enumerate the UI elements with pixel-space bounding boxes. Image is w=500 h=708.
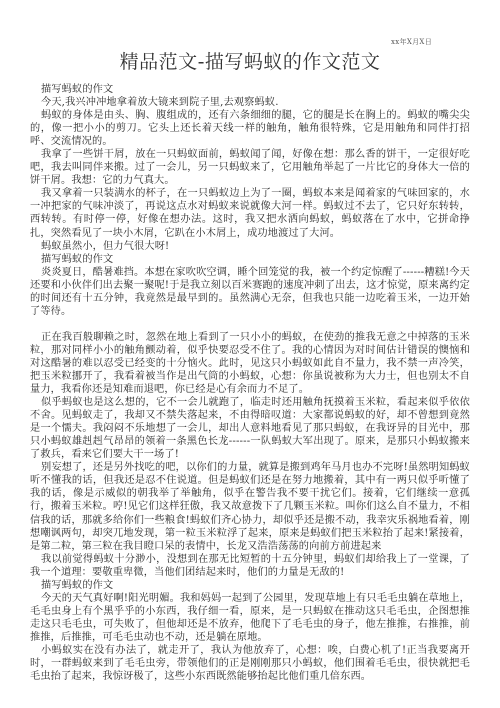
paragraph: 今天的天气真好啊!阳光明媚。我和妈妈一起到了公园里，发现草地上有只毛毛虫躺在草地… bbox=[30, 592, 470, 644]
paragraph: 正在我百般聊赖之时，忽然在地上看到了一只小小的蚂蚁，在使劲的推我无意之中掉落的玉… bbox=[30, 331, 470, 396]
paragraph: 我拿了一些饼干屑，放在一只蚂蚁面前，蚂蚁闻了闻，好像在想：那么香的饼干，一定很好… bbox=[30, 148, 470, 187]
section-heading: 描写蚂蚁的作文 bbox=[30, 253, 470, 266]
paragraph: 我以前觉得蚂蚁十分渺小，没想到在那无比短暂的十五分钟里，蚂蚁们却给我上了一堂课，… bbox=[30, 553, 470, 579]
paragraph: 似乎蚂蚁也是这么想的，它不一会儿就跑了，临走时还用触角抚摸着玉米粒，看起来似乎依… bbox=[30, 396, 470, 461]
paragraph: 蚂蚁虽然小，但力气很大呀! bbox=[30, 240, 470, 253]
essay-body: 描写蚂蚁的作文 今天,我兴冲冲地拿着放大镜来到院子里,去观察蚂蚁. 蚂蚁的身体是… bbox=[30, 83, 470, 683]
paragraph: 炎炎夏日，酷暑难挡。本想在家吹吹空调，睡个回笼觉的我，被一个约定惊醒了-----… bbox=[30, 266, 470, 318]
section-heading: 描写蚂蚁的作文 bbox=[30, 83, 470, 96]
paragraph: 今天,我兴冲冲地拿着放大镜来到院子里,去观察蚂蚁. bbox=[30, 96, 470, 109]
paragraph: 蚂蚁的身体是由头、胸、腹组成的，还有六条细细的腿，它的腿是长在胸上的。蚂蚁的嘴尖… bbox=[30, 109, 470, 148]
paragraph: 小蚂蚁实在没有办法了，就走开了，我认为他放弃了，心想：唉，白费心机了!正当我要离… bbox=[30, 644, 470, 683]
date-label: xx年X月X日 bbox=[391, 37, 432, 47]
section-heading: 描写蚂蚁的作文 bbox=[30, 579, 470, 592]
paragraph: 别妄想了，还是另外找吃的吧，以你们的力量，就算是搬到鸡年马月也办不完呀!虽然明知… bbox=[30, 461, 470, 552]
page-title: 精品范文-描写蚂蚁的作文范文 bbox=[0, 47, 500, 74]
paragraph: 我又拿着一只装满水的杯子，在一只蚂蚁边上为了一圈，蚂蚁本来是闻着家的气味回家的，… bbox=[30, 187, 470, 239]
blank-line bbox=[30, 318, 470, 331]
